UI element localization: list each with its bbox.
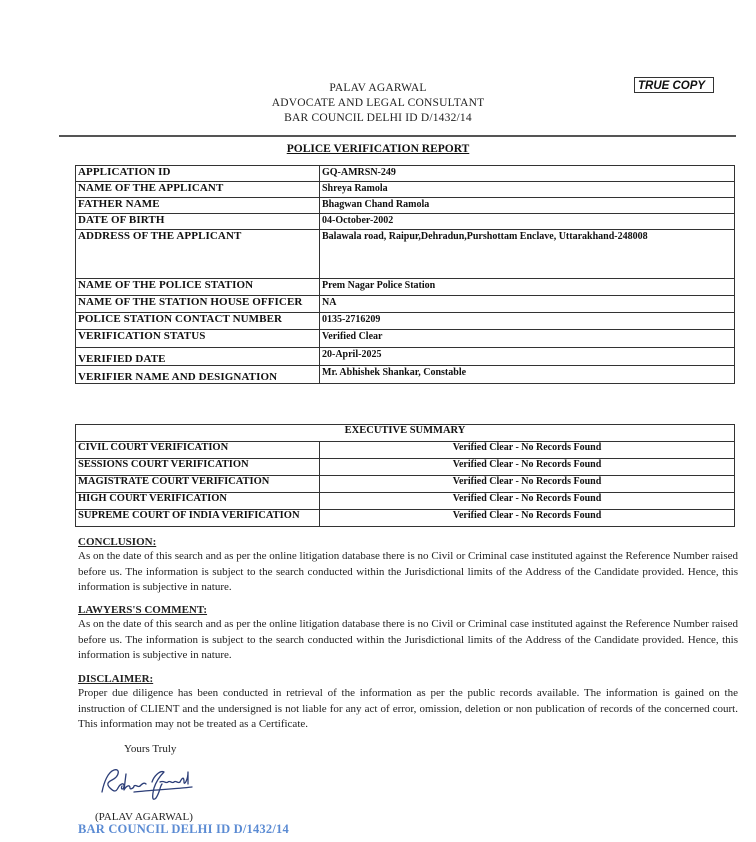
closing-salutation: Yours Truly — [124, 743, 176, 755]
detail-label: VERIFICATION STATUS — [76, 330, 320, 348]
detail-row: VERIFICATION STATUSVerified Clear — [76, 330, 735, 348]
detail-row: POLICE STATION CONTACT NUMBER0135-271620… — [76, 313, 735, 330]
conclusion-section: CONCLUSION: As on the date of this searc… — [78, 535, 738, 596]
detail-row: NAME OF THE STATION HOUSE OFFICERNA — [76, 296, 735, 313]
detail-label: DATE OF BIRTH — [76, 214, 320, 230]
summary-value: Verified Clear - No Records Found — [320, 510, 735, 527]
detail-label: NAME OF THE POLICE STATION — [76, 279, 320, 296]
detail-value: GQ-AMRSN-249 — [320, 166, 735, 182]
advocate-designation: ADVOCATE AND LEGAL CONSULTANT — [0, 96, 756, 111]
detail-row: NAME OF THE APPLICANTShreya Ramola — [76, 182, 735, 198]
detail-value: Bhagwan Chand Ramola — [320, 198, 735, 214]
summary-value: Verified Clear - No Records Found — [320, 476, 735, 493]
detail-value: 20-April-2025 — [320, 348, 735, 366]
detail-row: DATE OF BIRTH04-October-2002 — [76, 214, 735, 230]
summary-value: Verified Clear - No Records Found — [320, 442, 735, 459]
summary-row: CIVIL COURT VERIFICATIONVerified Clear -… — [76, 442, 735, 459]
detail-row: VERIFIED DATE20-April-2025 — [76, 348, 735, 366]
detail-row: NAME OF THE POLICE STATIONPrem Nagar Pol… — [76, 279, 735, 296]
true-copy-stamp: TRUE COPY — [634, 77, 714, 93]
detail-label: POLICE STATION CONTACT NUMBER — [76, 313, 320, 330]
lawyers-comment-text: As on the date of this search and as per… — [78, 617, 738, 664]
detail-label: FATHER NAME — [76, 198, 320, 214]
detail-label: APPLICATION ID — [76, 166, 320, 182]
lawyers-comment-heading: LAWYERS'S COMMENT: — [78, 603, 738, 617]
disclaimer-heading: DISCLAIMER: — [78, 672, 738, 686]
applicant-details-table: APPLICATION IDGQ-AMRSN-249NAME OF THE AP… — [75, 165, 735, 384]
conclusion-text: As on the date of this search and as per… — [78, 549, 738, 596]
detail-value: 04-October-2002 — [320, 214, 735, 230]
signature-icon — [94, 762, 204, 807]
detail-value: Prem Nagar Police Station — [320, 279, 735, 296]
detail-value: NA — [320, 296, 735, 313]
summary-row: SUPREME COURT OF INDIA VERIFICATIONVerif… — [76, 510, 735, 527]
summary-label: HIGH COURT VERIFICATION — [76, 493, 320, 510]
detail-label: NAME OF THE STATION HOUSE OFFICER — [76, 296, 320, 313]
detail-label: ADDRESS OF THE APPLICANT — [76, 230, 320, 279]
summary-row: MAGISTRATE COURT VERIFICATIONVerified Cl… — [76, 476, 735, 493]
summary-value: Verified Clear - No Records Found — [320, 459, 735, 476]
summary-label: SESSIONS COURT VERIFICATION — [76, 459, 320, 476]
summary-row: HIGH COURT VERIFICATIONVerified Clear - … — [76, 493, 735, 510]
executive-summary-table: EXECUTIVE SUMMARY CIVIL COURT VERIFICATI… — [75, 424, 735, 527]
detail-value: Shreya Ramola — [320, 182, 735, 198]
detail-value: Verified Clear — [320, 330, 735, 348]
summary-value: Verified Clear - No Records Found — [320, 493, 735, 510]
detail-value: 0135-2716209 — [320, 313, 735, 330]
detail-label: VERIFIED DATE — [76, 348, 320, 366]
disclaimer-text: Proper due diligence has been conducted … — [78, 686, 738, 733]
detail-label: NAME OF THE APPLICANT — [76, 182, 320, 198]
detail-value: Mr. Abhishek Shankar, Constable — [320, 366, 735, 384]
detail-value: Balawala road, Raipur,Dehradun,Purshotta… — [320, 230, 735, 279]
lawyers-comment-section: LAWYERS'S COMMENT: As on the date of thi… — [78, 603, 738, 664]
summary-label: SUPREME COURT OF INDIA VERIFICATION — [76, 510, 320, 527]
summary-label: MAGISTRATE COURT VERIFICATION — [76, 476, 320, 493]
detail-row: APPLICATION IDGQ-AMRSN-249 — [76, 166, 735, 182]
detail-row: FATHER NAMEBhagwan Chand Ramola — [76, 198, 735, 214]
summary-label: CIVIL COURT VERIFICATION — [76, 442, 320, 459]
summary-row: SESSIONS COURT VERIFICATIONVerified Clea… — [76, 459, 735, 476]
report-title: POLICE VERIFICATION REPORT — [0, 143, 756, 155]
detail-label: VERIFIER NAME AND DESIGNATION — [76, 366, 320, 384]
disclaimer-section: DISCLAIMER: Proper due diligence has bee… — [78, 672, 738, 733]
advocate-bar-id: BAR COUNCIL DELHI ID D/1432/14 — [0, 111, 756, 126]
signatory-bar-id: BAR COUNCIL DELHI ID D/1432/14 — [78, 822, 289, 837]
conclusion-heading: CONCLUSION: — [78, 535, 738, 549]
executive-summary-heading: EXECUTIVE SUMMARY — [76, 425, 735, 442]
detail-row: ADDRESS OF THE APPLICANTBalawala road, R… — [76, 230, 735, 279]
detail-row: VERIFIER NAME AND DESIGNATIONMr. Abhishe… — [76, 366, 735, 384]
header-divider — [59, 135, 736, 137]
